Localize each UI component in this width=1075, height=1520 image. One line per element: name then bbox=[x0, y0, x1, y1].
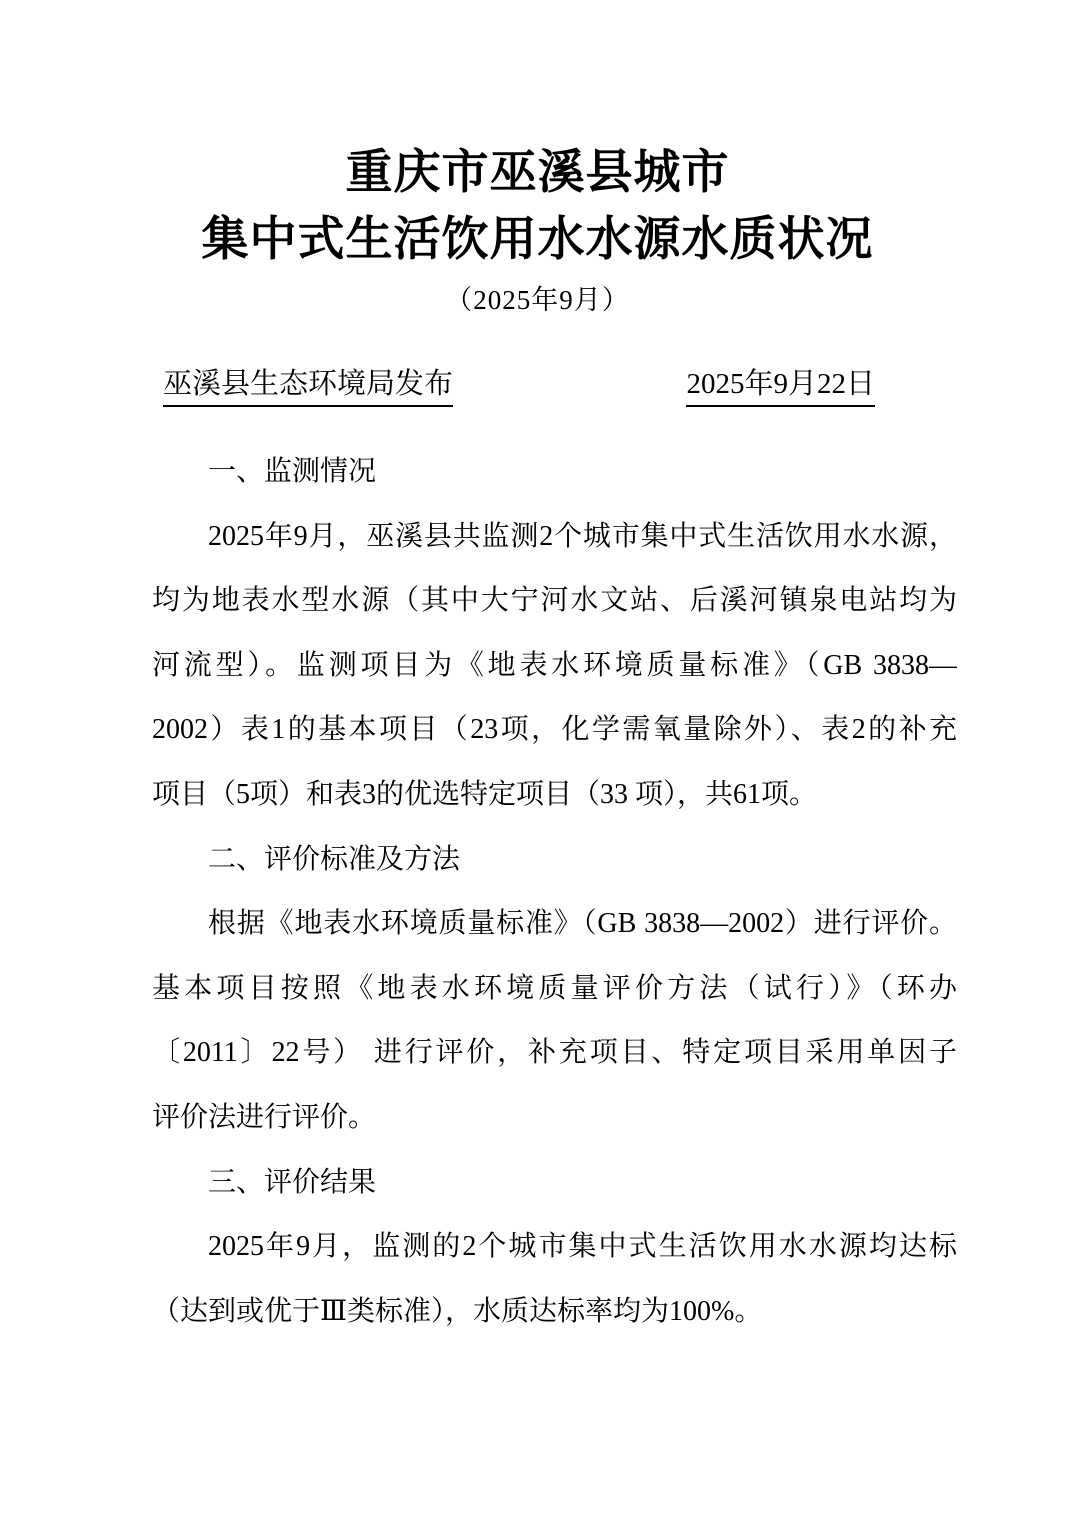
publisher-name: 巫溪县生态环境局发布 bbox=[163, 369, 453, 407]
doc-subtitle: （2025年9月） bbox=[0, 278, 1075, 322]
publish-date: 2025年9月22日 bbox=[686, 369, 875, 407]
body-line: 2002）表1的基本项目（23项，化学需氧量除外）、表2的补充 bbox=[152, 698, 957, 763]
section-heading: 三、评价结果 bbox=[152, 1151, 957, 1216]
section-heading: 一、监测情况 bbox=[152, 440, 957, 505]
body-line: 基本项目按照《地表水环境质量评价方法（试行）》（环办 bbox=[152, 957, 957, 1022]
body-line: 河流型）。监测项目为《地表水环境质量标准》（GB 3838— bbox=[152, 634, 957, 699]
body-line: 2025年9月，监测的2个城市集中式生活饮用水水源均达标 bbox=[152, 1215, 957, 1280]
section-heading: 二、评价标准及方法 bbox=[152, 828, 957, 893]
doc-title-line1: 重庆市巫溪县城市 bbox=[0, 140, 1075, 207]
title-block: 重庆市巫溪县城市 集中式生活饮用水水源水质状况 （2025年9月） bbox=[0, 140, 1075, 322]
body-line: 评价法进行评价。 bbox=[152, 1086, 957, 1151]
publisher-row: 巫溪县生态环境局发布 2025年9月22日 bbox=[163, 369, 875, 407]
body-line: 项目（5项）和表3的优选特定项目（33 项），共61项。 bbox=[152, 763, 957, 828]
body-line: 〔2011〕22号） 进行评价，补充项目、特定项目采用单因子 bbox=[152, 1021, 957, 1086]
body-line: 2025年9月，巫溪县共监测2个城市集中式生活饮用水水源， bbox=[152, 505, 957, 570]
document-body: 一、监测情况2025年9月，巫溪县共监测2个城市集中式生活饮用水水源，均为地表水… bbox=[152, 440, 957, 1344]
body-line: 均为地表水型水源（其中大宁河水文站、后溪河镇泉电站均为 bbox=[152, 569, 957, 634]
body-line: 根据《地表水环境质量标准》（GB 3838—2002）进行评价。 bbox=[152, 892, 957, 957]
doc-title-line2: 集中式生活饮用水水源水质状况 bbox=[0, 207, 1075, 274]
document-page: 重庆市巫溪县城市 集中式生活饮用水水源水质状况 （2025年9月） 巫溪县生态环… bbox=[0, 0, 1075, 1520]
body-line: （达到或优于Ⅲ类标准），水质达标率均为100%。 bbox=[152, 1280, 957, 1345]
